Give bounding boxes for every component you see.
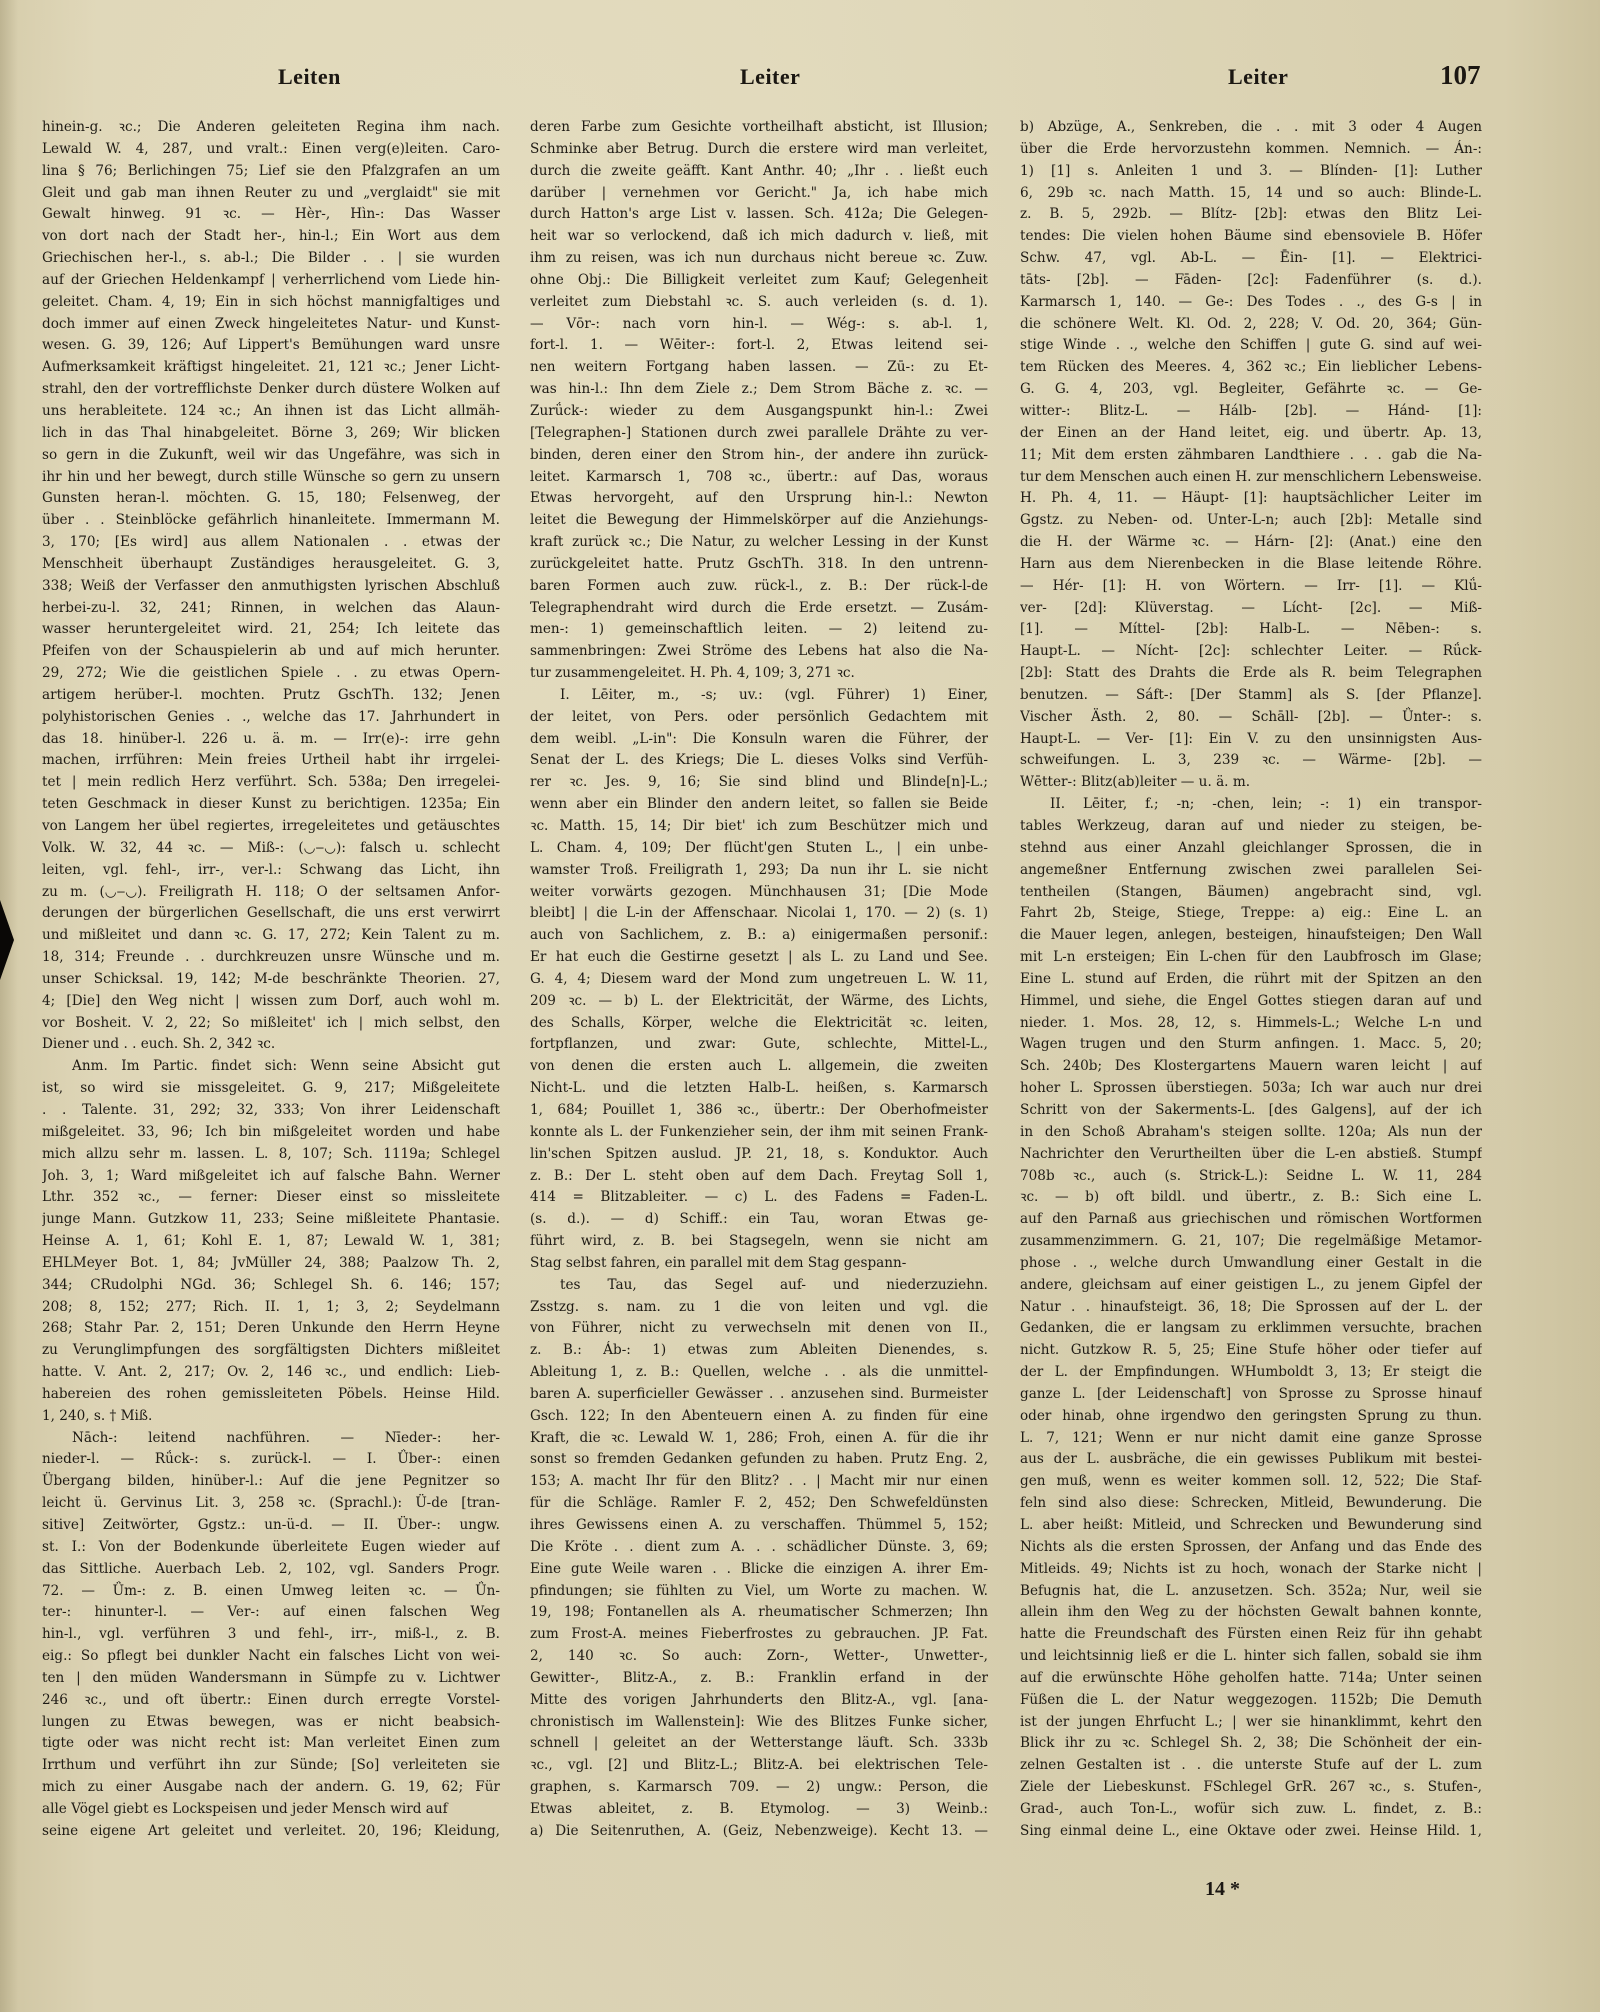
text-line: polyhistorischen Genies . ., welche das … — [42, 707, 500, 729]
text-line: Karmarsch 1, 140. — Ge-: Des Todes . ., … — [1020, 292, 1482, 314]
text-line: der Einen an der Hand leitet, eig. und ü… — [1020, 423, 1482, 445]
text-line: — Hér- [1]: H. von Wörtern. — Irr- [1]. … — [1020, 576, 1482, 598]
text-line: Gleit und gab man ihnen Reuter zu und „v… — [42, 183, 500, 205]
text-line: bleibt] | die L-in der Affenschaar. Nico… — [530, 903, 988, 925]
text-line: der L. der Empfindungen. WHumboldt 3, 13… — [1020, 1362, 1482, 1384]
text-line: Zsstzg. s. nam. zu 1 die von leiten und … — [530, 1297, 988, 1319]
text-line: Lthr. 352 ꝛc., — ferner: Dieser einst so… — [42, 1187, 500, 1209]
text-line: 19, 198; Fontanellen als A. rheumatische… — [530, 1602, 988, 1624]
text-line: ꝛc. Matth. 15, 14; Dir biet' ich zum Bes… — [530, 816, 988, 838]
text-line: ihm zu reisen, was ich nun durchaus nich… — [530, 248, 988, 270]
column-middle: deren Farbe zum Gesichte vortheilhaft ab… — [530, 117, 988, 1843]
text-line: Schminke aber Betrug. Durch die erstere … — [530, 139, 988, 161]
column-left: hinein-g. ꝛc.; Die Anderen geleiteten Re… — [42, 117, 500, 1843]
text-line: zurückgeleitet hatte. Prutz GschTh. 318.… — [530, 554, 988, 576]
page-header: Leiten Leiter Leiter 107 — [0, 58, 1600, 98]
text-line: nen weitern Fortgang haben lassen. — Zū-… — [530, 357, 988, 379]
text-line: allein ihm den Weg zu der höchsten Gewal… — [1020, 1602, 1482, 1624]
text-line: junge Mann. Gutzkow 11, 233; Seine mißle… — [42, 1209, 500, 1231]
text-line: Fahrt 2b, Steige, Stiege, Treppe: a) eig… — [1020, 903, 1482, 925]
text-line: heit war so verlockend, daß ich mich dad… — [530, 226, 988, 248]
text-line: Er hat euch die Gestirne gesetzt | als L… — [530, 947, 988, 969]
text-line: mich allzu sehr m. lassen. L. 8, 107; Sc… — [42, 1144, 500, 1166]
text-line: [Telegraphen-] Stationen durch zwei para… — [530, 423, 988, 445]
text-line: lin'schen Spitzen auslud. JP. 21, 18, s.… — [530, 1144, 988, 1166]
text-line: ter-: hinunter-l. — Ver-: auf einen fals… — [42, 1602, 500, 1624]
text-line: z. B. 5, 292b. — Blítz- [2b]: etwas den … — [1020, 204, 1482, 226]
text-line: Ableitung 1, z. B.: Quellen, welche . . … — [530, 1362, 988, 1384]
text-line: Nichts als die ersten Sprossen, der Anfa… — [1020, 1537, 1482, 1559]
text-line: tem Rücken des Meeres. 4, 362 ꝛc.; Ein l… — [1020, 357, 1482, 379]
text-line: nieder-l. — Rǘck-: s. zurück-l. — I. Ǘbe… — [42, 1449, 500, 1471]
text-line: deren Farbe zum Gesichte vortheilhaft ab… — [530, 117, 988, 139]
text-line: 708b ꝛc., auch (s. Strick-L.): Seidne L.… — [1020, 1166, 1482, 1188]
text-line: men-: 1) gemeinschaftlich leiten. — 2) l… — [530, 619, 988, 641]
text-line: verleitet zum Diebstahl ꝛc. S. auch verl… — [530, 292, 988, 314]
text-line: und leichtsinnig ließ er die L. hinter s… — [1020, 1646, 1482, 1668]
text-line: Heinse A. 1, 61; Kohl E. 1, 87; Lewald W… — [42, 1231, 500, 1253]
text-line: Natur . . hinaufsteigt. 36, 18; Die Spro… — [1020, 1297, 1482, 1319]
text-line: auf der Griechen Heldenkampf | verherrli… — [42, 270, 500, 292]
text-line: 246 ꝛc., und oft übertr.: Einen durch er… — [42, 1690, 500, 1712]
text-line: lina § 76; Berlichingen 75; Lief sie den… — [42, 161, 500, 183]
text-line: 1) [1] s. Anleiten 1 und 3. — Blínden- [… — [1020, 161, 1482, 183]
text-line: durch die zweite geäfft. Kant Anthr. 40;… — [530, 161, 988, 183]
text-line: Pfeifen von der Schauspielerin ab und au… — [42, 641, 500, 663]
text-line: graphen, s. Karmarsch 709. — 2) ungw.: P… — [530, 1777, 988, 1799]
text-line: Aufmerksamkeit kräftigst hingeleitet. 21… — [42, 357, 500, 379]
text-line: tāts- [2b]. — Fāden- [2c]: Fadenführer (… — [1020, 270, 1482, 292]
text-line: baren A. superficieller Gewässer . . anz… — [530, 1384, 988, 1406]
text-line: hin-l., vgl. verführen 3 und fehl-, irr-… — [42, 1624, 500, 1646]
text-line: wenn aber ein Blinder den andern leitet,… — [530, 794, 988, 816]
text-line: Mitleids. 49; Nichts ist zu hoch, wonach… — [1020, 1559, 1482, 1581]
text-line: fort-l. 1. — Wēiter-: fort-l. 2, Etwas l… — [530, 335, 988, 357]
text-line: Nicht-L. und die letzten Halb-L. heißen,… — [530, 1078, 988, 1100]
text-line: Ziele der Liebeskunst. FSchlegel GrR. 26… — [1020, 1777, 1482, 1799]
text-line: 3, 170; [Es wird] aus allem Nationalen .… — [42, 532, 500, 554]
text-line: von Langem her übel regiertes, irregelei… — [42, 816, 500, 838]
text-line: Die Kröte . . dient zum A. . . schädlich… — [530, 1537, 988, 1559]
text-line: oder hinab, ohne irgendwo den geringsten… — [1020, 1406, 1482, 1428]
text-line: vor Bosheit. V. 2, 22; So mißleitet' ich… — [42, 1013, 500, 1035]
text-line: Gewitter-, Blitz-A., z. B.: Franklin erf… — [530, 1668, 988, 1690]
text-line: Grad-, auch Ton-L., wofür sich zuw. L. f… — [1020, 1799, 1482, 1821]
text-line: G. 4, 4; Diesem ward der Mond zum ungetr… — [530, 969, 988, 991]
text-line: Übergang bilden, hinüber-l.: Auf die jen… — [42, 1471, 500, 1493]
text-line: ihres Gewissens einen A. zu verschaffen.… — [530, 1515, 988, 1537]
text-line: Menschheit überhaupt Zuständiges herausg… — [42, 554, 500, 576]
text-line: in den Schoß Abraham's steigen sollte. 1… — [1020, 1122, 1482, 1144]
text-line: 268; Stahr Par. 2, 151; Deren Unkunde de… — [42, 1318, 500, 1340]
text-line: nieder. 1. Mos. 28, 12, s. Himmels-L.; W… — [1020, 1013, 1482, 1035]
text-line: hinein-g. ꝛc.; Die Anderen geleiteten Re… — [42, 117, 500, 139]
text-line: artigem herüber-l. mochten. Prutz GschTh… — [42, 685, 500, 707]
text-line: 72. — Ǘm-: z. B. einen Umweg leiten ꝛc. … — [42, 1581, 500, 1603]
text-line: EHLMeyer Bot. 1, 84; JvMüller 24, 388; P… — [42, 1253, 500, 1275]
text-line: Etwas ableitet, z. B. Etymolog. — 3) Wei… — [530, 1799, 988, 1821]
text-line: phose . ., welche durch Umwandlung einer… — [1020, 1253, 1482, 1275]
text-line: Lewald W. 4, 287, und vralt.: Einen verg… — [42, 139, 500, 161]
text-line: lich in das Thal hinabgeleitet. Börne 3,… — [42, 423, 500, 445]
text-line: stige Winde . ., welche den Schiffen | g… — [1020, 335, 1482, 357]
text-line: tigte oder was nicht recht ist: Man verl… — [42, 1733, 500, 1755]
text-line: — Vōr-: nach vorn hin-l. — Wég-: s. ab-l… — [530, 314, 988, 336]
text-line: ist der jungen Ehrfucht L.; | wer sie hi… — [1020, 1712, 1482, 1734]
text-line: über . . Steinblöcke gefährlich hinanlei… — [42, 510, 500, 532]
text-line: 1, 684; Pouillet 1, 386 ꝛc., übertr.: De… — [530, 1100, 988, 1122]
text-line: Nachrichter den Verurtheilten über die L… — [1020, 1144, 1482, 1166]
text-line: durch Hatton's arge List v. lassen. Sch.… — [530, 204, 988, 226]
text-line: 2, 140 ꝛc. So auch: Zorn-, Wetter-, Unwe… — [530, 1646, 988, 1668]
text-line: tes Tau, das Segel auf- und niederzuzieh… — [530, 1275, 988, 1297]
text-line: ver- [2d]: Klüverstag. — Lícht- [2c]. — … — [1020, 598, 1482, 620]
text-line: tur zusammengeleitet. H. Ph. 4, 109; 3, … — [530, 663, 988, 685]
text-line: 18, 314; Freunde . . durchkreuzen unsre … — [42, 947, 500, 969]
signature-mark: 14 * — [1205, 1878, 1240, 1901]
text-line: unser Schicksal. 19, 142; M-de beschränk… — [42, 969, 500, 991]
text-line: lungen zu Etwas bewegen, was er nicht be… — [42, 1712, 500, 1734]
text-line: schnell | geleitet an der Wetterstange l… — [530, 1733, 988, 1755]
text-line: zusammenzimmern. G. 21, 107; Die regelmä… — [1020, 1231, 1482, 1253]
text-line: Diener und . . euch. Sh. 2, 342 ꝛc. — [42, 1034, 500, 1056]
text-line: wasser heruntergeleitet wird. 21, 254; I… — [42, 619, 500, 641]
text-line: b) Abzüge, A., Senkreben, die . . mit 3 … — [1020, 117, 1482, 139]
running-head-center: Leiter — [740, 64, 800, 90]
text-line: wesen. G. 39, 126; Auf Lippert's Bemühun… — [42, 335, 500, 357]
text-line: dem weibl. „L-in": Die Konsuln waren die… — [530, 729, 988, 751]
text-line: Gunsten heran-l. möchten. G. 15, 180; Fe… — [42, 488, 500, 510]
text-line: Befugnis hat, die L. anzusetzen. Sch. 35… — [1020, 1581, 1482, 1603]
text-line: Telegraphendraht wird durch die Erde ers… — [530, 598, 988, 620]
text-line: chronistisch im Wallenstein]: Wie des Bl… — [530, 1712, 988, 1734]
text-line: tet | mein redlich Herz verführt. Sch. 5… — [42, 772, 500, 794]
text-line: 344; CRudolphi NGd. 36; Schlegel Sh. 6. … — [42, 1275, 500, 1297]
text-line: geleitet. Cham. 4, 19; Ein in sich höchs… — [42, 292, 500, 314]
text-line: leiten, vgl. fehl-, irr-, ver-l.: Schwan… — [42, 860, 500, 882]
text-line: Haupt-L. — Nícht- [2c]: schlechter Leite… — [1020, 641, 1482, 663]
text-line: wamster Troß. Freiligrath 1, 293; Da nun… — [530, 860, 988, 882]
text-line: alle Vögel giebt es Lockspeisen und jede… — [42, 1799, 500, 1821]
text-line: des Schalls, Körper, welche die Elektric… — [530, 1013, 988, 1035]
text-line: weiter vorwärts gezogen. Münchhausen 31;… — [530, 882, 988, 904]
text-line: doch immer auf einen Zweck hingeleitetes… — [42, 314, 500, 336]
scan-edge-mark — [0, 900, 14, 980]
text-line: aus der L. ausbräche, die ein gewisses P… — [1020, 1449, 1482, 1471]
text-line: I. Lēiter, m., -s; uv.: (vgl. Führer) 1)… — [530, 685, 988, 707]
text-line: für die Schläge. Ramler F. 2, 452; Den S… — [530, 1493, 988, 1515]
text-line: z. B.: Der L. steht oben auf dem Dach. F… — [530, 1166, 988, 1188]
text-line: von dort nach der Stadt her-, hin-l.; Ei… — [42, 226, 500, 248]
text-line: das Sittliche. Auerbach Leb. 2, 102, vgl… — [42, 1559, 500, 1581]
text-line: angemeßner Entfernung zwischen zwei para… — [1020, 860, 1482, 882]
text-line: zelnen Gestalten ist . . die unterste St… — [1020, 1755, 1482, 1777]
text-line: 153; A. macht Ihr für den Blitz? . . | M… — [530, 1471, 988, 1493]
text-line: st. I.: Von der Bodenkunde überleitete E… — [42, 1537, 500, 1559]
text-line: Ggstz. zu Neben- od. Unter-L-n; auch [2b… — [1020, 510, 1482, 532]
text-line: Gedanken, die er langsam zu erklimmen ve… — [1020, 1318, 1482, 1340]
text-line: witter-: Blitz-L. — Hálb- [2b]. — Hánd- … — [1020, 401, 1482, 423]
text-line: pfindungen; sie fühlten zu Viel, um Wort… — [530, 1581, 988, 1603]
text-line: sitive] Zeitwörter, Ggstz.: un-ü-d. — II… — [42, 1515, 500, 1537]
text-line: 1, 240, s. † Miß. — [42, 1406, 500, 1428]
text-line: Griechischen her-l., s. ab-l.; Die Bilde… — [42, 248, 500, 270]
text-line: uns herableitete. 124 ꝛc.; An ihnen ist … — [42, 401, 500, 423]
text-line: von denen die ersten auch L. allgemein, … — [530, 1056, 988, 1078]
text-line: 338; Weiß der Verfasser den anmuthigsten… — [42, 576, 500, 598]
text-line: Stag selbst fahren, ein parallel mit dem… — [530, 1253, 988, 1275]
text-line: a) Die Seitenruthen, A. (Geiz, Nebenzwei… — [530, 1821, 988, 1843]
text-line: seine eigene Art geleitet und verleitet.… — [42, 1821, 500, 1843]
text-line: ohne Obj.: Die Billigkeit verleitet zum … — [530, 270, 988, 292]
text-line: herbei-zu-l. 32, 241; Rinnen, in welchen… — [42, 598, 500, 620]
text-line: was hin-l.: Ihn dem Ziele z.; Dem Strom … — [530, 379, 988, 401]
text-line: Haupt-L. — Ver- [1]: Ein V. zu den unsin… — [1020, 729, 1482, 751]
text-line: L. aber heißt: Mitleid, und Schrecken un… — [1020, 1515, 1482, 1537]
text-line: teten Geschmack in dieser Kunst zu beric… — [42, 794, 500, 816]
text-line: ist, so wird sie missgeleitet. G. 9, 217… — [42, 1078, 500, 1100]
text-line: Irrthum und verführt ihn zur Sünde; [So]… — [42, 1755, 500, 1777]
text-line: führt wird, z. B. bei Stagsegeln, wenn s… — [530, 1231, 988, 1253]
text-line: Anm. Im Partic. findet sich: Wenn seine … — [42, 1056, 500, 1078]
text-line: II. Lēiter, f.; -n; -chen, lein; -: 1) e… — [1020, 794, 1482, 816]
text-line: H. Ph. 4, 11. — Häupt- [1]: hauptsächlic… — [1020, 488, 1482, 510]
text-line: 209 ꝛc. — b) L. der Elektricität, der Wä… — [530, 991, 988, 1013]
text-line: tendes: Die vielen hohen Bäume sind eben… — [1020, 226, 1482, 248]
text-line: zum Frost-A. meines Fieberfrostes zu geb… — [530, 1624, 988, 1646]
text-line: darüber | vernehmen vor Gericht." Ja, ic… — [530, 183, 988, 205]
text-line: Eine L. stund auf Erden, die rührt mit d… — [1020, 969, 1482, 991]
text-line: [2b]: Statt des Drahts die Erde als R. b… — [1020, 663, 1482, 685]
text-line: hoher L. Sprossen überstiegen. 503a; Ich… — [1020, 1078, 1482, 1100]
dictionary-columns: hinein-g. ꝛc.; Die Anderen geleiteten Re… — [42, 117, 1512, 1837]
text-line: Harn aus dem Nierenbecken in die Blase l… — [1020, 554, 1482, 576]
text-line: tables Werkzeug, daran auf und nieder zu… — [1020, 816, 1482, 838]
text-line: Senat der L. des Kriegs; Die L. dieses V… — [530, 750, 988, 772]
text-line: die H. der Wärme ꝛc. — Hárn- [2]: (Anat.… — [1020, 532, 1482, 554]
text-line: leitet die Bewegung der Himmelskörper au… — [530, 510, 988, 532]
text-line: Blick ihr zu ꝛc. Schlegel Sh. 2, 38; Die… — [1020, 1733, 1482, 1755]
text-line: binden, deren einer den Strom hin-, der … — [530, 445, 988, 467]
text-line: leitet. Karmarsch 1, 708 ꝛc., übertr.: a… — [530, 467, 988, 489]
text-line: tentheilen (Stangen, Bäumen) angebracht … — [1020, 882, 1482, 904]
text-line: leicht ü. Gervinus Lit. 3, 258 ꝛc. (Spra… — [42, 1493, 500, 1515]
text-line: (s. d.). — d) Schiff.: ein Tau, woran Et… — [530, 1209, 988, 1231]
running-head-left: Leiten — [278, 64, 341, 90]
text-line: das 18. hinüber-l. 226 u. ä. m. — Irr(e)… — [42, 729, 500, 751]
text-line: auf die erwünschte Höhe geholfen hatte. … — [1020, 1668, 1482, 1690]
text-line: mich zu einer Ausgabe nach der andern. G… — [42, 1777, 500, 1799]
text-line: habereien des rohen gemissleiteten Pöbel… — [42, 1384, 500, 1406]
text-line: mit L-n ersteigen; Ein L-chen für den La… — [1020, 947, 1482, 969]
text-line: sonst so fremden Gedanken gefunden zu ha… — [530, 1449, 988, 1471]
text-line: tur dem Menschen auch einen H. zur mensc… — [1020, 467, 1482, 489]
text-line: hatte. V. Ant. 2, 217; Ov. 2, 146 ꝛc., u… — [42, 1362, 500, 1384]
text-line: 29, 272; Wie die geistlichen Spiele . . … — [42, 663, 500, 685]
text-line: Zurǘck-: wieder zu dem Ausgangspunkt hin… — [530, 401, 988, 423]
text-line: Kraft, die ꝛc. Lewald W. 1, 286; Froh, e… — [530, 1428, 988, 1450]
text-line: Himmel, und siehe, die Engel Gottes stie… — [1020, 991, 1482, 1013]
column-right: b) Abzüge, A., Senkreben, die . . mit 3 … — [1020, 117, 1482, 1843]
text-line: zu m. (◡‒◡). Freiligrath H. 118; O der s… — [42, 882, 500, 904]
text-line: L. 7, 121; Wenn er nur nicht damit eine … — [1020, 1428, 1482, 1450]
text-line: . . Talente. 31, 292; 32, 333; Von ihrer… — [42, 1100, 500, 1122]
text-line: Sing einmal deine L., eine Oktave oder z… — [1020, 1821, 1482, 1843]
text-line: ꝛc. — b) oft bildl. und übertr., z. B.: … — [1020, 1187, 1482, 1209]
text-line: Wagen trugen und den Sturm anfingen. 1. … — [1020, 1034, 1482, 1056]
text-line: Sch. 240b; Des Klostergartens Mauern war… — [1020, 1056, 1482, 1078]
text-line: Schritt von der Sakerments-L. [des Galge… — [1020, 1100, 1482, 1122]
text-line: ten | den müden Wandersmann in Sümpfe zu… — [42, 1668, 500, 1690]
text-line: hatte die Freundschaft des Fürsten einen… — [1020, 1624, 1482, 1646]
text-line: L. Cham. 4, 109; Der flücht'gen Stuten L… — [530, 838, 988, 860]
text-line: ihr hin und her bewegt, durch stille Wün… — [42, 467, 500, 489]
page-number: 107 — [1440, 60, 1481, 91]
text-line: die Mauer legen, anlegen, besteigen, hin… — [1020, 925, 1482, 947]
text-line: kraft zurück ꝛc.; Die Natur, zu welcher … — [530, 532, 988, 554]
text-line: von Führer, nicht zu verwechseln mit den… — [530, 1318, 988, 1340]
text-line: feln sind also diese: Schrecken, Mitleid… — [1020, 1493, 1482, 1515]
text-line: strahl, den der vortrefflichste Denker d… — [42, 379, 500, 401]
text-line: auf den Parnaß aus griechischen und römi… — [1020, 1209, 1482, 1231]
text-line: konnte als L. der Funkenzieher sein, der… — [530, 1122, 988, 1144]
text-line: nicht. Gutzkow R. 5, 25; Eine Stufe höhe… — [1020, 1340, 1482, 1362]
text-line: über die Erde hervorzustehn kommen. Nemn… — [1020, 139, 1482, 161]
text-line: stehnd aus einer Anzahl gleichlanger Spr… — [1020, 838, 1482, 860]
text-line: 414 = Blitzableiter. — c) L. des Fadens … — [530, 1187, 988, 1209]
text-line: baren Formen auch zuw. rück-l., z. B.: D… — [530, 576, 988, 598]
text-line: sammenbringen: Zwei Ströme des Lebens ha… — [530, 641, 988, 663]
page-edge-shadow — [0, 0, 18, 2012]
text-line: Gewalt hinweg. 91 ꝛc. — Hèr-, Hìn-: Das … — [42, 204, 500, 226]
text-line: Volk. W. 32, 44 ꝛc. — Miß-: (◡‒◡): falsc… — [42, 838, 500, 860]
text-line: Schw. 47, vgl. Ab-L. — Ēin- [1]. — Elekt… — [1020, 248, 1482, 270]
text-line: [1]. — Míttel- [2b]: Halb-L. — Nēben-: s… — [1020, 619, 1482, 641]
text-line: ganze L. [der Leidenschaft] von Sprosse … — [1020, 1384, 1482, 1406]
text-line: Eine gute Weile waren . . Blicke die ein… — [530, 1559, 988, 1581]
text-line: Etwas hervorgeht, auf den Ursprung hin-l… — [530, 488, 988, 510]
text-line: fortpflanzen, und zwar: Gute, schlechte,… — [530, 1034, 988, 1056]
running-head-right: Leiter — [1228, 64, 1288, 90]
text-line: auch von Sachlichem, z. B.: a) einigerma… — [530, 925, 988, 947]
text-line: Wētter-: Blitz(ab)leiter — u. ä. m. — [1020, 772, 1482, 794]
text-line: der leitet, von Pers. oder persönlich Ge… — [530, 707, 988, 729]
text-line: z. B.: Áb-: 1) etwas zum Ableiten Dienen… — [530, 1340, 988, 1362]
text-line: eig.: So pflegt bei dunkler Nacht ein fa… — [42, 1646, 500, 1668]
text-line: 11; Mit dem ersten zähmbaren Landthiere … — [1020, 445, 1482, 467]
text-line: schweifungen. L. 3, 239 ꝛc. — Wärme- [2b… — [1020, 750, 1482, 772]
text-line: und mißleitet und dann ꝛc. G. 17, 272; K… — [42, 925, 500, 947]
text-line: benutzen. — Sáft-: [Der Stamm] als S. [d… — [1020, 685, 1482, 707]
text-line: rer ꝛc. Jes. 9, 16; Sie sind blind und B… — [530, 772, 988, 794]
text-line: zu Verunglimpfungen des sorgfältigsten D… — [42, 1340, 500, 1362]
text-line: gen muß, wenn es weiter kommen soll. 12,… — [1020, 1471, 1482, 1493]
text-line: Mitte des vorigen Jahrhunderts den Blitz… — [530, 1690, 988, 1712]
text-line: Nāch-: leitend nachführen. — Nīeder-: he… — [42, 1428, 500, 1450]
text-line: ꝛc., vgl. [2] und Blitz-L.; Blitz-A. bei… — [530, 1755, 988, 1777]
text-line: die schönere Welt. Kl. Od. 2, 228; V. Od… — [1020, 314, 1482, 336]
text-line: Füßen die L. der Natur weggezogen. 1152b… — [1020, 1690, 1482, 1712]
text-line: 4; [Die] den Weg nicht | wissen zum Dorf… — [42, 991, 500, 1013]
text-line: derungen der bürgerlichen Gesellschaft, … — [42, 903, 500, 925]
text-line: G. G. 4, 203, vgl. Begleiter, Gefährte ꝛ… — [1020, 379, 1482, 401]
text-line: so gern in die Zukunft, weil wir das Ung… — [42, 445, 500, 467]
text-line: Gsch. 122; In den Abenteuern einen A. zu… — [530, 1406, 988, 1428]
text-line: 208; 8, 152; 277; Rich. II. 1, 1; 3, 2; … — [42, 1297, 500, 1319]
text-line: Vischer Ästh. 2, 80. — Schāll- [2b]. — Ǘ… — [1020, 707, 1482, 729]
text-line: andere, gleichsam auf einer geistigen L.… — [1020, 1275, 1482, 1297]
text-line: Joh. 3, 1; Ward mißgeleitet ich auf fals… — [42, 1166, 500, 1188]
text-line: 6, 29b ꝛc. nach Matth. 15, 14 und so auc… — [1020, 183, 1482, 205]
text-line: machen, irrführen: Mein freies Urtheil h… — [42, 750, 500, 772]
text-line: mißgeleitet. 33, 96; Ich bin mißgeleitet… — [42, 1122, 500, 1144]
